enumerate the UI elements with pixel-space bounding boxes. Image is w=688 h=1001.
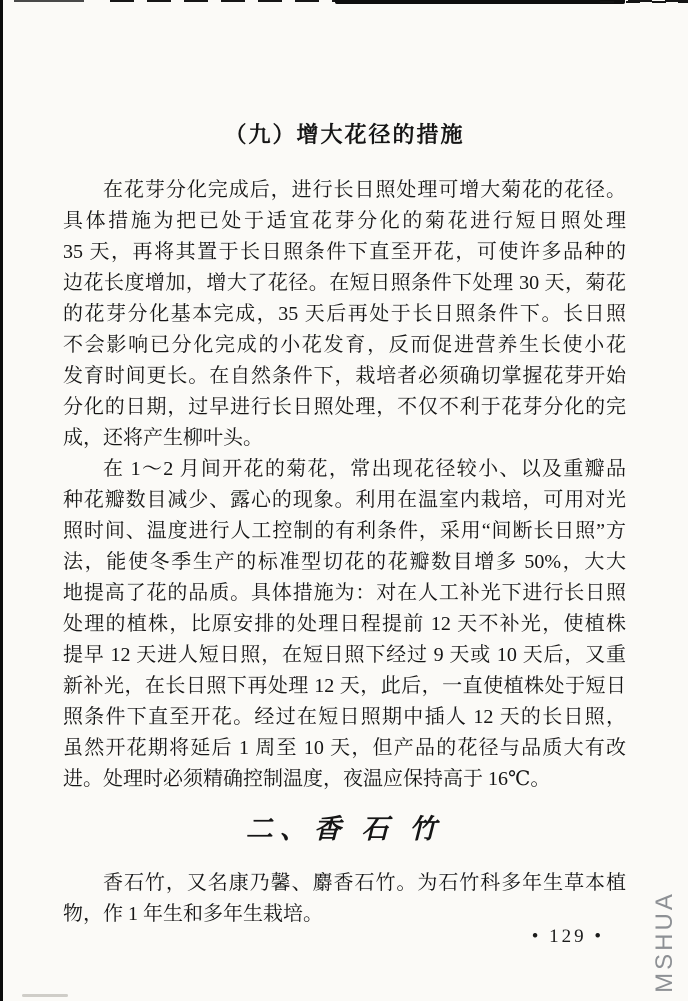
text-line: 进。处理时必须精确控制温度，夜温应保持高于 16℃。 bbox=[63, 764, 626, 795]
paragraph-long-day-treatment: 在花芽分化完成后，进行长日照处理可增大菊花的花径。具体措施为把已处于适宜花芽分化… bbox=[63, 175, 626, 454]
scanned-book-page: （九）增大花径的措施 在花芽分化完成后，进行长日照处理可增大菊花的花径。具体措施… bbox=[0, 0, 688, 1001]
text-line: 发育时间更长。在自然条件下，栽培者必须确切掌握花芽开始 bbox=[63, 361, 626, 392]
watermark-mshua: MSHUA bbox=[651, 884, 677, 1000]
section-heading: （九）增大花径的措施 bbox=[63, 118, 626, 149]
scan-artifact-left-edge bbox=[0, 0, 3, 1001]
text-line: 分化的日期，过早进行长日照处理，不仅不利于花芽分化的完 bbox=[63, 392, 626, 423]
text-line: 新补光，在长日照下再处理 12 天，此后，一直使植株处于短日 bbox=[63, 671, 626, 702]
text-line: 具体措施为把已处于适宜花芽分化的菊花进行短日照处理 bbox=[63, 206, 626, 237]
text-line: 在花芽分化完成后，进行长日照处理可增大菊花的花径。 bbox=[63, 175, 626, 206]
text-line: 法，能使冬季生产的标准型切花的花瓣数目增多 50%，大大 bbox=[63, 547, 626, 578]
text-line: 成，还将产生柳叶头。 bbox=[63, 423, 626, 454]
text-line: 的花芽分化基本完成，35 天后再处于长日照条件下。长日照 bbox=[63, 299, 626, 330]
page-number: • 129 • bbox=[532, 926, 604, 948]
text-line: 种花瓣数目减少、露心的现象。利用在温室内栽培，可用对光 bbox=[63, 485, 626, 516]
chapter-heading-carnation: 二、香 石 竹 bbox=[63, 807, 626, 846]
text-line: 不会影响已分化完成的小花发育，反而促进营养生长使小花 bbox=[63, 330, 626, 361]
text-line: 处理的植株，比原安排的处理日程提前 12 天不补光，使植株 bbox=[63, 609, 626, 640]
text-line: 提早 12 天进人短日照，在短日照下经过 9 天或 10 天后，又重 bbox=[63, 640, 626, 671]
text-line: 边花长度增加，增大了花径。在短日照条件下处理 30 天，菊花 bbox=[63, 268, 626, 299]
page-content: （九）增大花径的措施 在花芽分化完成后，进行长日照处理可增大菊花的花径。具体措施… bbox=[63, 0, 626, 930]
text-line: 照条件下直至开花。经过在短日照期中插人 12 天的长日照， bbox=[63, 702, 626, 733]
text-line: 照时间、温度进行人工控制的有利条件，采用“间断长日照”方 bbox=[63, 516, 626, 547]
scan-artifact-smudge bbox=[22, 994, 68, 997]
text-line: 虽然开花期将延后 1 周至 10 天，但产品的花径与品质大有改 bbox=[63, 733, 626, 764]
paragraph-winter-flowering: 在 1～2 月间开花的菊花，常出现花径较小、以及重瓣品种花瓣数目减少、露心的现象… bbox=[63, 454, 626, 795]
paragraph-carnation-intro: 香石竹，又名康乃馨、麝香石竹。为石竹科多年生草本植物，作 1 年生和多年生栽培。 bbox=[63, 868, 626, 930]
text-line: 香石竹，又名康乃馨、麝香石竹。为石竹科多年生草本植 bbox=[63, 868, 626, 899]
text-line: 在 1～2 月间开花的菊花，常出现花径较小、以及重瓣品 bbox=[63, 454, 626, 485]
text-line: 35 天，再将其置于长日照条件下直至开花，可使许多品种的 bbox=[63, 237, 626, 268]
text-line: 地提高了花的品质。具体措施为：对在人工补光下进行长日照 bbox=[63, 578, 626, 609]
